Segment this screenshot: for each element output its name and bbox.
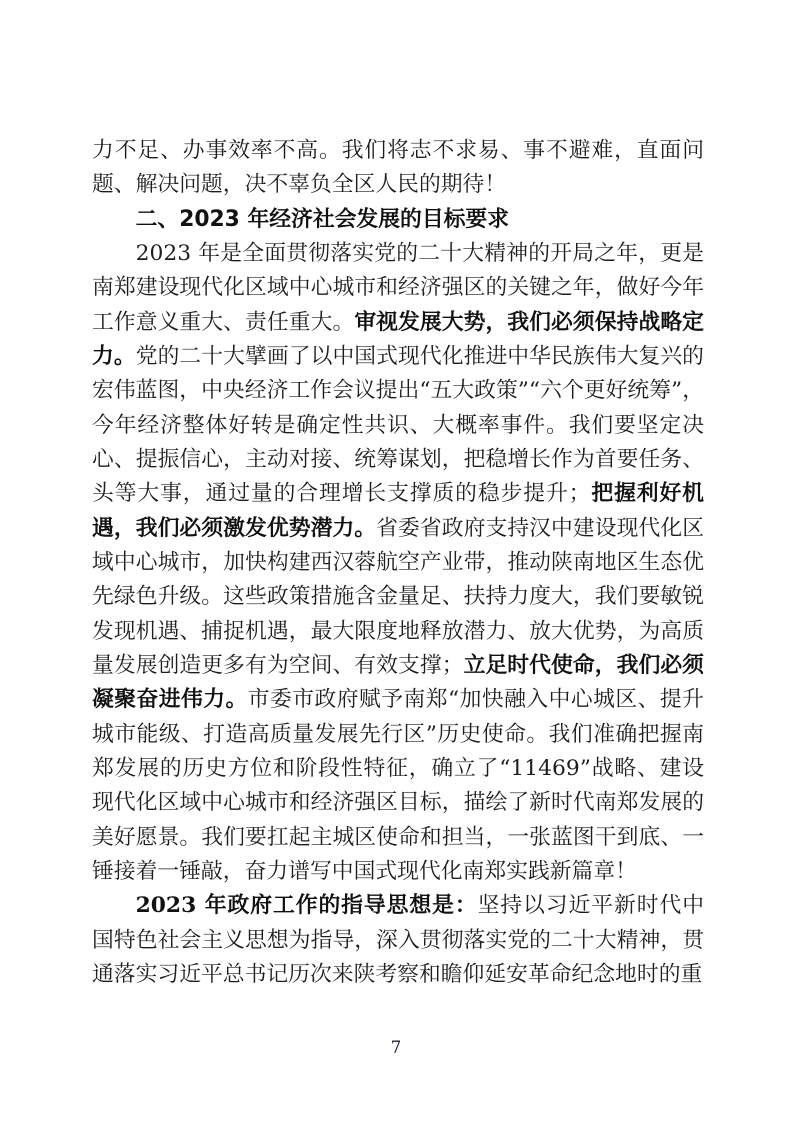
document-page: 力不足、办事效率不高。我们将志不求易、事不避难，直面问题、解决问题，决不辜负全区… [0,0,792,1121]
document-body: 力不足、办事效率不高。我们将志不求易、事不避难，直面问题、解决问题，决不辜负全区… [92,134,704,992]
emphasis-text-run: 二、2023 年经济社会发展的目标要求 [136,207,509,232]
text-run: 市委市政府赋予南郑“加快融入中心城区、提升城市能级、打造高质量发展先行区”历史使… [92,687,704,884]
paragraph: 力不足、办事效率不高。我们将志不求易、事不避难，直面问题、解决问题，决不辜负全区… [92,134,704,203]
emphasis-text-run: 2023 年政府工作的指导思想是： [136,893,478,918]
text-run: 力不足、办事效率不高。我们将志不求易、事不避难，直面问题、解决问题，决不辜负全区… [92,138,704,197]
page-number: 7 [0,1038,792,1058]
section-heading: 二、2023 年经济社会发展的目标要求 [92,203,704,237]
paragraph: 2023 年政府工作的指导思想是：坚持以习近平新时代中国特色社会主义思想为指导，… [92,889,704,992]
paragraph: 2023 年是全面贯彻落实党的二十大精神的开局之年，更是南郑建设现代化区域中心城… [92,237,704,889]
